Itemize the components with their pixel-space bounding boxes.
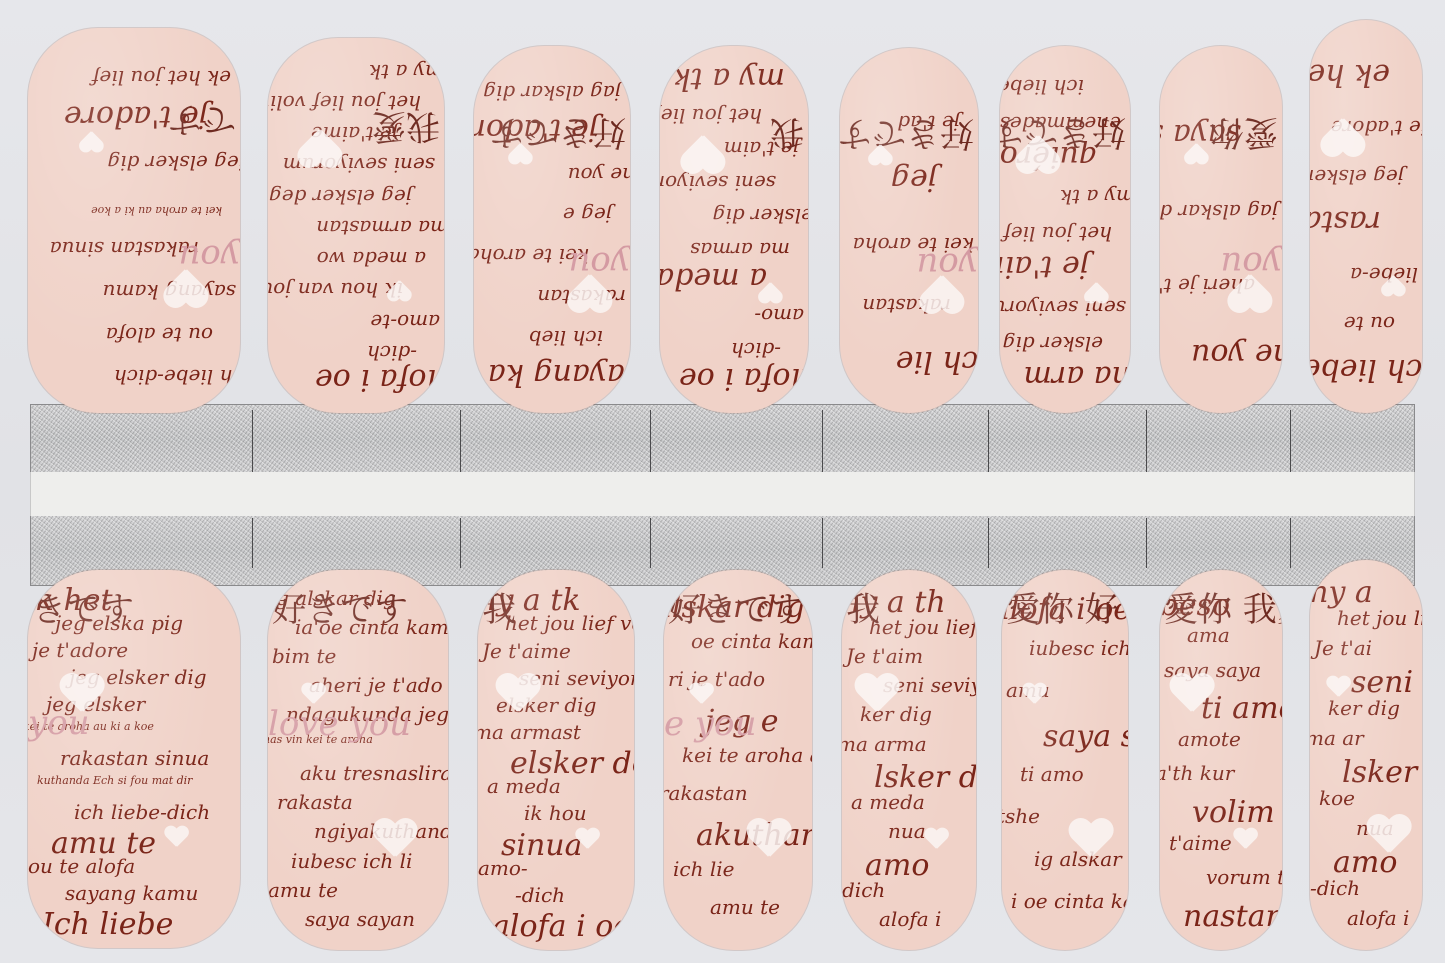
script-text: iubesc ich <box>1002 638 1128 658</box>
script-text: seni seviyorum <box>268 156 444 176</box>
nail-wrap-14[interactable]: alofa i oeiubesc ichamusaya sayanti amot… <box>1002 570 1128 950</box>
cjk-text: 我愛 <box>268 109 444 143</box>
cjk-text: 好きです <box>268 593 448 627</box>
script-text: ma ar <box>1310 728 1422 748</box>
cjk-text: きです <box>28 593 240 627</box>
heart-icon <box>164 827 188 849</box>
nail-wrap-3[interactable]: sayang kaich liebrakastankei te aroha au… <box>474 46 630 413</box>
script-text: ma armastan <box>268 218 444 238</box>
heart-icon <box>1022 684 1046 706</box>
cjk-text: 好きです <box>664 593 812 627</box>
script-text: nua <box>842 821 976 841</box>
tab-cut-line <box>822 518 823 568</box>
script-text: amo- <box>660 306 808 326</box>
script-text: amo- <box>478 858 634 878</box>
heart-icon <box>575 828 599 850</box>
tab-cut-line <box>650 410 651 472</box>
tab-cut-line <box>1146 518 1147 568</box>
script-text: rakastan sinua <box>28 748 240 768</box>
script-text: i oe cinta kamu <box>1002 891 1128 911</box>
heart-icon <box>682 133 726 173</box>
script-text: a meda <box>660 263 808 293</box>
script-text: ti amo <box>1002 764 1128 784</box>
script-text: jag alskar dig <box>1160 202 1282 222</box>
script-text: je t'adore <box>28 640 240 660</box>
heart-icon <box>1366 816 1410 856</box>
nail-wrap-16[interactable]: my ahet jou liefJe t'aiseni seniyoker di… <box>1310 560 1422 950</box>
script-text: saya sayan <box>1002 722 1128 752</box>
script-text: a meda <box>478 776 634 796</box>
script-text: a'th kur <box>1160 763 1282 783</box>
script-text: seni seviyorum <box>660 173 808 193</box>
script-text: kuthanda Ech si fou mat dir <box>28 775 240 786</box>
script-text: -dich <box>660 340 808 360</box>
script-text: my a tk <box>268 62 444 82</box>
nail-wrap-15[interactable]: ibesoamasaya sayati amoamotea'th kurvoli… <box>1160 570 1282 950</box>
script-text: jeg <box>840 164 978 194</box>
script-text: -dich <box>1310 878 1422 898</box>
heart-icon <box>689 684 713 706</box>
script-text: ne you <box>474 165 630 185</box>
script-text: Je t'ai <box>1310 638 1422 658</box>
script-text: rastan sinua <box>1310 206 1422 236</box>
script-text: jeg elsker <box>1310 167 1422 187</box>
script-text: seni seviyorum <box>1000 298 1130 318</box>
script-text: my a tk <box>660 63 808 93</box>
heart-icon <box>1169 675 1213 715</box>
script-text: lsker deg <box>1310 758 1422 788</box>
heart-icon <box>1382 274 1406 296</box>
heart-icon <box>1322 116 1366 156</box>
script-text: alofa i oe <box>478 912 634 942</box>
script-text: dich <box>842 880 976 900</box>
script-text: ich liebe <box>1310 354 1422 384</box>
heart-icon <box>746 819 790 859</box>
nail-wrap-12[interactable]: alskar digoe cinta kamuri je t'adojeg ek… <box>664 570 812 950</box>
tab-cut-line <box>460 518 461 568</box>
script-text: koe <box>1310 788 1422 808</box>
script-text: ou te alofa <box>28 856 240 876</box>
nail-wrap-10[interactable]: jag alskar digia'oe cinta kamubim teaher… <box>268 570 448 950</box>
nail-wrap-9[interactable]: ek hetjeg elska pigje t'adorejeg elsker … <box>28 570 240 948</box>
heart-icon <box>165 267 209 307</box>
script-text: lsker deg <box>842 763 976 793</box>
tab-cut-line <box>252 410 253 472</box>
cjk-text: 好きです <box>474 115 630 149</box>
script-text: amo-te <box>268 312 444 332</box>
tab-cut-line <box>1290 410 1291 472</box>
cjk-text: 我 <box>478 593 634 627</box>
heart-icon <box>924 828 948 850</box>
script-text: elsker dig <box>660 206 808 226</box>
script-text: jag alskar dig <box>474 83 630 103</box>
clear-center-strip <box>30 472 1415 518</box>
tab-cut-line <box>252 518 253 568</box>
script-text: ich liebe-dich <box>28 802 240 822</box>
tab-cut-line <box>822 410 823 472</box>
heart-icon <box>80 130 104 152</box>
script-text: Je t'aim <box>842 646 976 666</box>
script-text: aheri je t'ado <box>268 675 448 695</box>
cjk-text: 愛你 <box>1160 115 1282 149</box>
script-text: ne you <box>1160 339 1282 369</box>
script-text: nastan <box>1160 902 1282 932</box>
love-you-watermark: love you <box>268 707 448 741</box>
tab-cut-line <box>988 518 989 568</box>
script-text: jeg elsker dig <box>28 153 240 173</box>
script-text: kei te aroha au <box>664 745 812 765</box>
nail-wrap-4[interactable]: alofa i oe-dichamo-a medama armaselsker … <box>660 46 808 413</box>
heart-icon <box>922 273 966 313</box>
script-text: amo <box>842 851 976 881</box>
script-text: -dich <box>268 343 444 363</box>
script-text: amu te <box>664 897 812 917</box>
script-text: ou te <box>1310 314 1422 334</box>
nail-wrap-7[interactable]: ne youaheri je t'jag alskar digsaya sayo… <box>1160 46 1282 413</box>
script-text: ri je t'ado <box>664 669 812 689</box>
script-text: alofa i oe <box>268 364 444 394</box>
script-text: kei te aroha au ki a koe <box>28 205 240 216</box>
script-text: ker dig <box>1310 698 1422 718</box>
script-text: t'aime <box>1160 833 1282 853</box>
heart-icon <box>1017 133 1061 173</box>
script-text: ma arm <box>1000 361 1130 391</box>
script-text: Je t'aime <box>478 641 634 661</box>
script-text: my a <box>1310 578 1422 608</box>
script-text: sayang ka <box>474 359 630 389</box>
love-you-watermark: e you <box>664 707 812 741</box>
script-text: aku tresnasliramu <box>268 763 448 783</box>
nail-wrap-5[interactable]: ich lierakastankei te arohajegje t'adyou… <box>840 48 978 413</box>
heart-icon <box>869 143 893 165</box>
script-text: je t'aime <box>1000 251 1130 281</box>
nail-wrap-11[interactable]: my a tkhet jou lief voloJe t'aimeseni se… <box>478 570 634 950</box>
heart-icon <box>854 675 898 715</box>
script-text: amu te <box>268 880 448 900</box>
script-text: sayang kamu <box>28 883 240 903</box>
heart-icon <box>1233 828 1257 850</box>
script-text: saya sayan <box>268 909 448 929</box>
script-text: ik hou <box>478 803 634 823</box>
script-text: ich lie <box>840 347 978 377</box>
heart-icon <box>372 819 416 859</box>
script-text: ngiyakuthanda <box>268 821 448 841</box>
tab-cut-line <box>1146 410 1147 472</box>
script-text: amote <box>1160 729 1282 749</box>
script-text: jeg e <box>474 205 630 225</box>
heart-icon <box>495 675 539 715</box>
cjk-text: 我 <box>842 593 976 627</box>
heart-icon <box>1068 819 1112 859</box>
script-text: ich lieb <box>474 328 630 348</box>
heart-icon <box>1326 676 1350 698</box>
heart-icon <box>388 279 412 301</box>
script-text: ek het jou lief <box>28 68 240 88</box>
heart-icon <box>1185 142 1209 164</box>
script-text: ik hou van jou <box>268 281 444 301</box>
heart-icon <box>759 281 783 303</box>
script-text: rakastan <box>664 783 812 803</box>
script-text: elsker dig <box>1000 334 1130 354</box>
script-text: ich lie <box>664 859 812 879</box>
tab-cut-line <box>650 518 651 568</box>
script-text: -dich <box>478 885 634 905</box>
script-text: vorum ti am <box>1160 867 1282 887</box>
cjk-text: 愛你 好きです <box>1002 593 1128 627</box>
script-text: ich liebe-dich <box>28 367 240 387</box>
script-text: ou te alofa <box>28 325 240 345</box>
script-text: ma armas <box>660 240 808 260</box>
script-text: my a tk <box>1000 187 1130 207</box>
nail-wrap-8[interactable]: ich liebeou teliebe-arastan sinuajeg els… <box>1310 20 1422 413</box>
nail-wrap-2[interactable]: alofa i oe-dichamo-teik hou van joua med… <box>268 38 444 413</box>
script-text: a meda wo <box>268 249 444 269</box>
script-text: iubesc ich li <box>268 851 448 871</box>
tab-cut-line <box>460 410 461 472</box>
nail-wrap-13[interactable]: my a thhet jou lief voJe t'aimseni seviy… <box>842 570 976 950</box>
script-text: alofa i oe <box>660 363 808 393</box>
script-text: het jou lief <box>1310 608 1422 628</box>
script-text: ek het <box>1310 59 1422 89</box>
script-text: ich liebe <box>1000 77 1130 97</box>
script-text: ma arma <box>842 734 976 754</box>
tab-cut-line <box>1290 518 1291 568</box>
heart-icon <box>1086 281 1110 303</box>
heart-icon <box>299 128 343 168</box>
script-text: rakasta <box>268 792 448 812</box>
heart-icon <box>509 142 533 164</box>
cjk-text: です <box>28 102 240 136</box>
nail-wrap-6[interactable]: ma armelsker digseni seviyorumje t'aimeh… <box>1000 46 1130 413</box>
script-text: a meda <box>842 792 976 812</box>
script-text: alofa i <box>1310 908 1422 928</box>
script-text: alofa i <box>842 909 976 929</box>
script-text: het jou lief vo <box>1000 224 1130 244</box>
heart-icon <box>569 272 613 312</box>
tab-cut-line <box>988 410 989 472</box>
script-text: jeg elsker deg <box>268 187 444 207</box>
nail-wrap-1[interactable]: ich liebe-dichou te alofasayang kamuraka… <box>28 28 240 413</box>
cjk-text: 愛你 我愛 <box>1160 593 1282 627</box>
foil-tab-strip-top <box>30 404 1415 474</box>
cjk-text: 好きです <box>840 116 978 150</box>
script-text: volim te <box>1160 798 1282 828</box>
script-text: bim te <box>268 646 448 666</box>
script-text: Ich liebe <box>28 910 240 940</box>
heart-icon <box>1230 272 1274 312</box>
script-text: ma armast <box>478 722 634 742</box>
heart-icon <box>59 674 103 714</box>
heart-icon <box>301 684 325 706</box>
script-text: oe cinta kamu <box>664 631 812 651</box>
